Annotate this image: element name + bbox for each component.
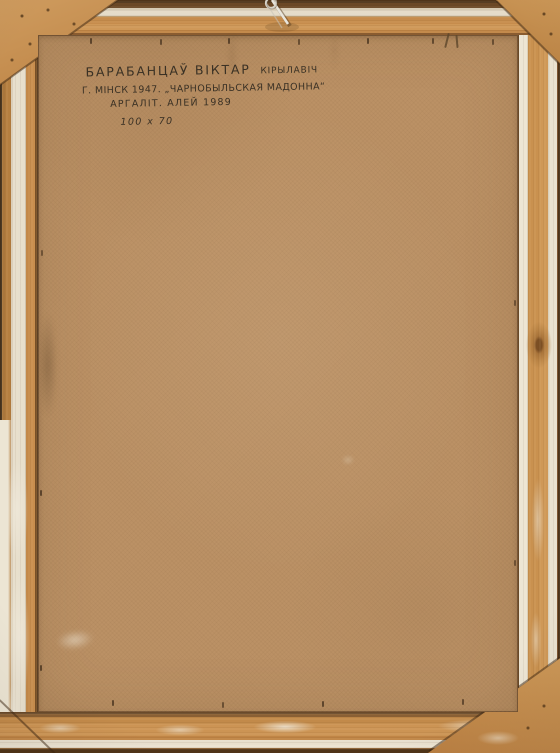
painting-back-photo: БАРАБАНЦАЎ ВІКТАР КІРЫЛАВІЧ Г. МІНСК 194… [0, 0, 560, 753]
backing-board [38, 35, 518, 712]
artist-patronymic-text: КІРЫЛАВІЧ [260, 65, 318, 76]
white-paint-left-rail [0, 420, 38, 753]
inscription-city-title-line: Г. МІНСК 1947. „ЧАРНОБЫЛЬСКАЯ МАДОННА“ [82, 81, 366, 97]
inscription-materials-line: АРГАЛІТ. АЛЕЙ 1989 [110, 95, 366, 110]
artist-name-text: БАРАБАНЦАЎ ВІКТАР [85, 62, 250, 80]
frame-rail-right [518, 0, 560, 753]
hanging-hook [252, 0, 312, 34]
inscription: БАРАБАНЦАЎ ВІКТАР КІРЫЛАВІЧ Г. МІНСК 194… [85, 60, 366, 129]
nail-marks [0, 0, 2, 6]
